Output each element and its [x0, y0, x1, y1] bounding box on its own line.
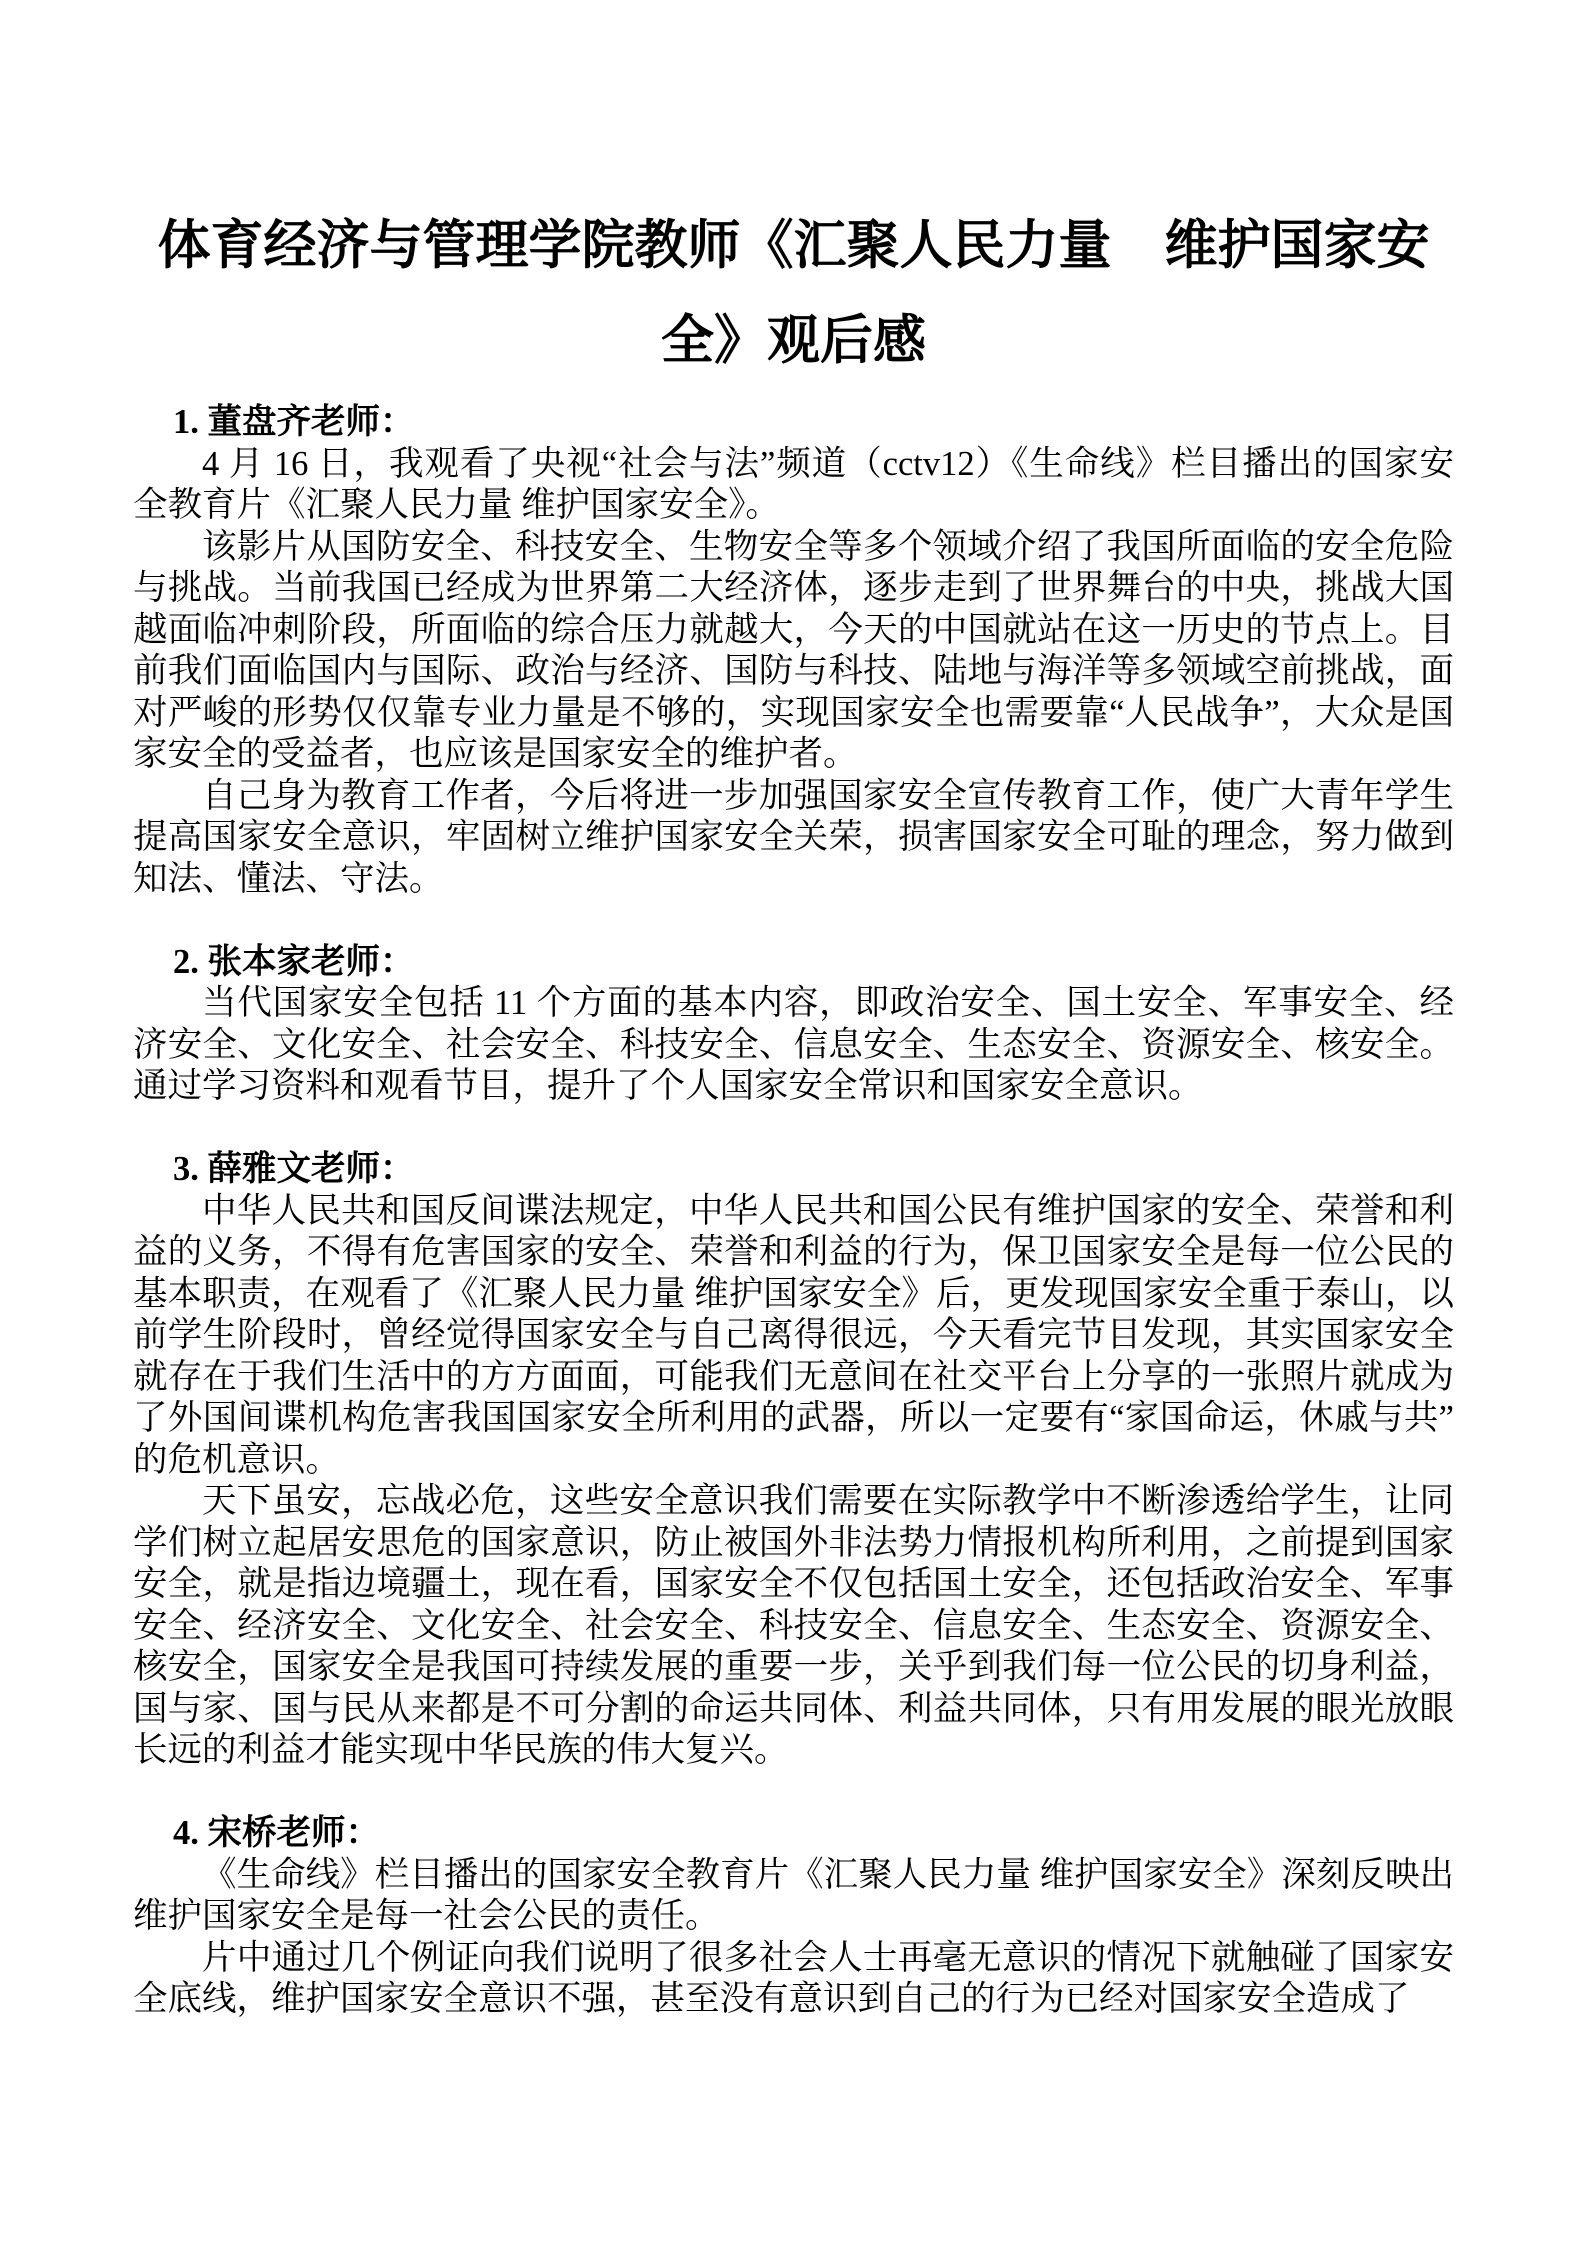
section-heading: 4. 宋桥老师：	[133, 1813, 1454, 1855]
document-title: 体育经济与管理学院教师《汇聚人民力量 维护国家安全》观后感	[133, 199, 1454, 389]
teacher-section: 4. 宋桥老师： 《生命线》栏目播出的国家安全教育片《汇聚人民力量 维护国家安全…	[133, 1813, 1454, 2021]
teacher-section: 1. 董盘齐老师： 4 月 16 日，我观看了央视“社会与法”频道（cctv12…	[133, 402, 1454, 900]
paragraph: 《生命线》栏目播出的国家安全教育片《汇聚人民力量 维护国家安全》深刻反映出维护国…	[133, 1855, 1454, 1938]
teacher-section: 3. 薛雅文老师： 中华人民共和国反间谍法规定，中华人民共和国公民有维护国家的安…	[133, 1149, 1454, 1772]
sections-container: 1. 董盘齐老师： 4 月 16 日，我观看了央视“社会与法”频道（cctv12…	[133, 402, 1454, 2021]
paragraph: 4 月 16 日，我观看了央视“社会与法”频道（cctv12）《生命线》栏目播出…	[133, 444, 1454, 527]
paragraph: 中华人民共和国反间谍法规定，中华人民共和国公民有维护国家的安全、荣誉和利益的义务…	[133, 1191, 1454, 1482]
section-paragraphs: 4 月 16 日，我观看了央视“社会与法”频道（cctv12）《生命线》栏目播出…	[133, 444, 1454, 901]
section-paragraphs: 当代国家安全包括 11 个方面的基本内容，即政治安全、国土安全、军事安全、经济安…	[133, 983, 1454, 1108]
section-heading: 2. 张本家老师：	[133, 942, 1454, 984]
document-page: 体育经济与管理学院教师《汇聚人民力量 维护国家安全》观后感 1. 董盘齐老师： …	[0, 0, 1587, 2245]
section-paragraphs: 中华人民共和国反间谍法规定，中华人民共和国公民有维护国家的安全、荣誉和利益的义务…	[133, 1191, 1454, 1772]
paragraph: 片中通过几个例证向我们说明了很多社会人士再毫无意识的情况下就触碰了国家安全底线，…	[133, 1938, 1454, 2021]
teacher-section: 2. 张本家老师： 当代国家安全包括 11 个方面的基本内容，即政治安全、国土安…	[133, 942, 1454, 1108]
paragraph: 当代国家安全包括 11 个方面的基本内容，即政治安全、国土安全、军事安全、经济安…	[133, 983, 1454, 1108]
paragraph: 该影片从国防安全、科技安全、生物安全等多个领域介绍了我国所面临的安全危险与挑战。…	[133, 527, 1454, 776]
section-paragraphs: 《生命线》栏目播出的国家安全教育片《汇聚人民力量 维护国家安全》深刻反映出维护国…	[133, 1855, 1454, 2021]
paragraph: 自己身为教育工作者，今后将进一步加强国家安全宣传教育工作，使广大青年学生提高国家…	[133, 776, 1454, 901]
section-heading: 1. 董盘齐老师：	[133, 402, 1454, 444]
section-heading: 3. 薛雅文老师：	[133, 1149, 1454, 1191]
paragraph: 天下虽安，忘战必危，这些安全意识我们需要在实际教学中不断渗透给学生，让同学们树立…	[133, 1481, 1454, 1772]
